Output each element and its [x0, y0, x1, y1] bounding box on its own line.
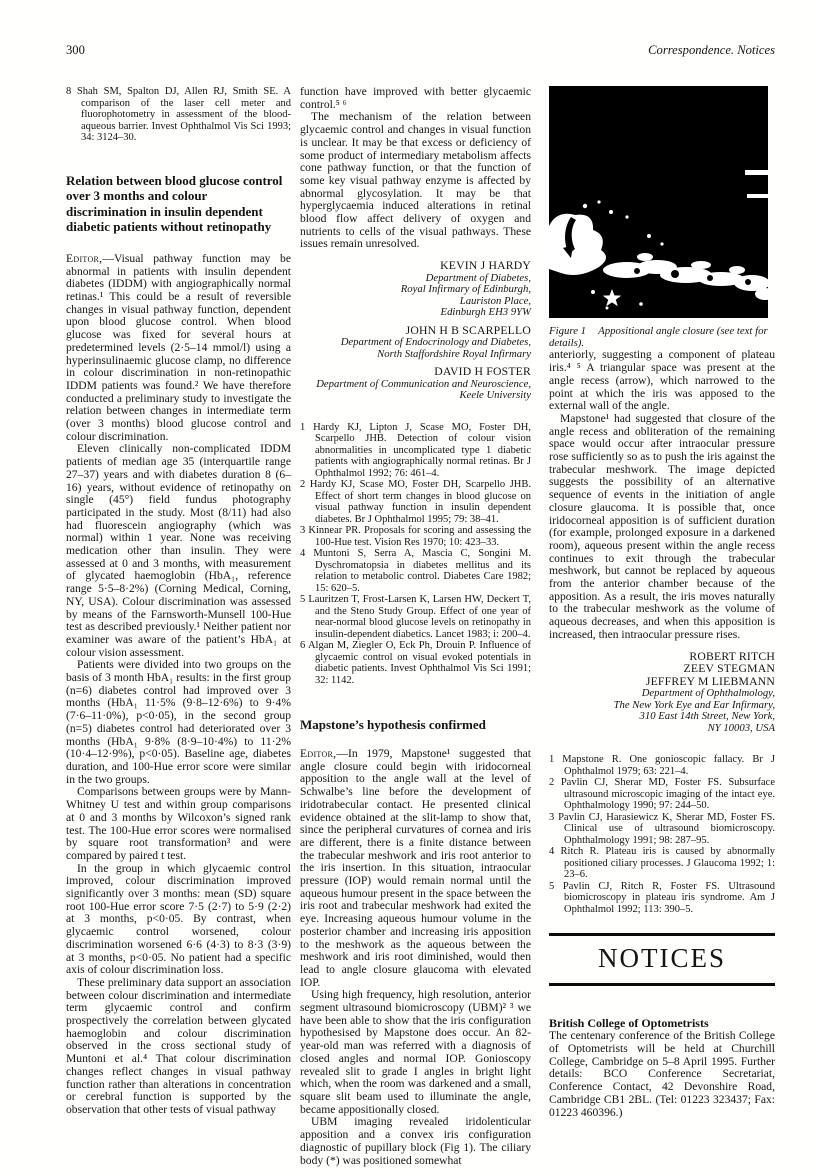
reference-item: 3 Kinnear PR. Proposals for scoring and …: [300, 525, 531, 548]
column-1: 8 Shah SM, Spalton DJ, Allen RJ, Smith S…: [66, 86, 291, 1117]
letter-title-mapstone: Mapstone’s hypothesis confirmed: [300, 717, 531, 733]
reference-item: 3 Pavlin CJ, Harasiewicz K, Sherar MD, F…: [549, 812, 775, 847]
paragraph: Using high frequency, high resolution, a…: [300, 989, 531, 1116]
paragraph: anteriorly, suggesting a component of pl…: [549, 349, 775, 413]
signature-affiliation: Keele University: [300, 390, 531, 402]
editor-salutation: Editor,: [300, 747, 336, 760]
paragraph: Mapstone¹ had suggested that closure of …: [549, 413, 775, 642]
figure1: [549, 86, 775, 318]
signature-block: KEVIN J HARDY Department of Diabetes, Ro…: [300, 260, 531, 402]
letter-title-glucose: Relation between blood glucose control o…: [66, 173, 291, 235]
paragraph-text: —Visual pathway function may be abnormal…: [66, 252, 291, 443]
reference-list: 1 Hardy KJ, Lipton J, Scase MO, Foster D…: [300, 422, 531, 687]
paragraph: Comparisons between groups were by Mann-…: [66, 786, 291, 862]
running-head: Correspondence. Notices: [648, 44, 775, 57]
signature-name: KEVIN J HARDY: [300, 260, 531, 273]
page-number: 300: [66, 44, 85, 57]
signature-affiliation: Edinburgh EH3 9YW: [300, 307, 531, 319]
signature: KEVIN J HARDY Department of Diabetes, Ro…: [300, 260, 531, 319]
reference-item: 2 Hardy KJ, Scase MO, Foster DH, Scarpel…: [300, 479, 531, 525]
paragraph: These preliminary data support an associ…: [66, 977, 291, 1117]
notice-body: The centenary conference of the British …: [549, 1030, 775, 1119]
figure-label: Figure 1: [549, 325, 586, 337]
paragraph: Editor,—In 1979, Mapstone¹ suggested tha…: [300, 748, 531, 989]
reference-list: 1 Mapstone R. One gonioscopic fallacy. B…: [549, 754, 775, 915]
paragraph: UBM imaging revealed iridolenticular app…: [300, 1116, 531, 1167]
editor-salutation: Editor,: [66, 252, 102, 265]
signature-name: ZEEV STEGMAN: [549, 663, 775, 676]
paragraph: Eleven clinically non-complicated IDDM p…: [66, 443, 291, 659]
echo-dash: [745, 170, 768, 175]
reference-item: 6 Algan M, Ziegler O, Eck Ph, Drouin P. …: [300, 640, 531, 686]
reference-item: 4 Muntoni S, Serra A, Mascia C, Songini …: [300, 548, 531, 594]
journal-page: 300 Correspondence. Notices 8 Shah SM, S…: [0, 0, 816, 1173]
reference-item: 4 Ritch R. Plateau iris is caused by abn…: [549, 846, 775, 881]
signature: DAVID H FOSTER Department of Communicati…: [300, 366, 531, 402]
figure1-caption: Figure 1Appositional angle closure (see …: [549, 325, 775, 349]
reference-item: 2 Pavlin CJ, Sherar MD, Foster FS. Subsu…: [549, 777, 775, 812]
reference-item: 1 Mapstone R. One gonioscopic fallacy. B…: [549, 754, 775, 777]
paragraph: Patients were divided into two groups on…: [66, 659, 291, 786]
paragraph: function have improved with better glyca…: [300, 86, 531, 111]
signature: ROBERT RITCH ZEEV STEGMAN JEFFREY M LIEB…: [549, 651, 775, 735]
signature-block: ROBERT RITCH ZEEV STEGMAN JEFFREY M LIEB…: [549, 651, 775, 735]
reference-item: 5 Lauritzen T, Frost-Larsen K, Larsen HW…: [300, 594, 531, 640]
paragraph: The mechanism of the relation between gl…: [300, 111, 531, 251]
figure1-ultrasound-image: [549, 86, 768, 318]
paragraph: In the group in which glycaemic control …: [66, 863, 291, 977]
paragraph: Editor,—Visual pathway function may be a…: [66, 253, 291, 444]
signature-affiliation: North Staffordshire Royal Infirmary: [300, 349, 531, 361]
signature-affiliation: NY 10003, USA: [549, 723, 775, 735]
signature: JOHN H B SCARPELLO Department of Endocri…: [300, 325, 531, 361]
notices-title: NOTICES: [598, 943, 726, 973]
reference-item: 5 Pavlin CJ, Ritch R, Foster FS. Ultraso…: [549, 881, 775, 916]
signature-affiliation: Royal Infirmary of Edinburgh,: [300, 284, 531, 296]
reference-item: 8 Shah SM, Spalton DJ, Allen RJ, Smith S…: [66, 86, 291, 144]
reference-item: 1 Hardy KJ, Lipton J, Scase MO, Foster D…: [300, 422, 531, 480]
column-2: function have improved with better glyca…: [300, 86, 531, 1167]
echo-dash: [747, 194, 768, 198]
page-header: 300 Correspondence. Notices: [66, 44, 775, 57]
paragraph-text: —In 1979, Mapstone¹ suggested that angle…: [300, 747, 531, 989]
notices-banner: NOTICES: [549, 933, 775, 986]
column-3: Figure 1Appositional angle closure (see …: [549, 86, 775, 1119]
